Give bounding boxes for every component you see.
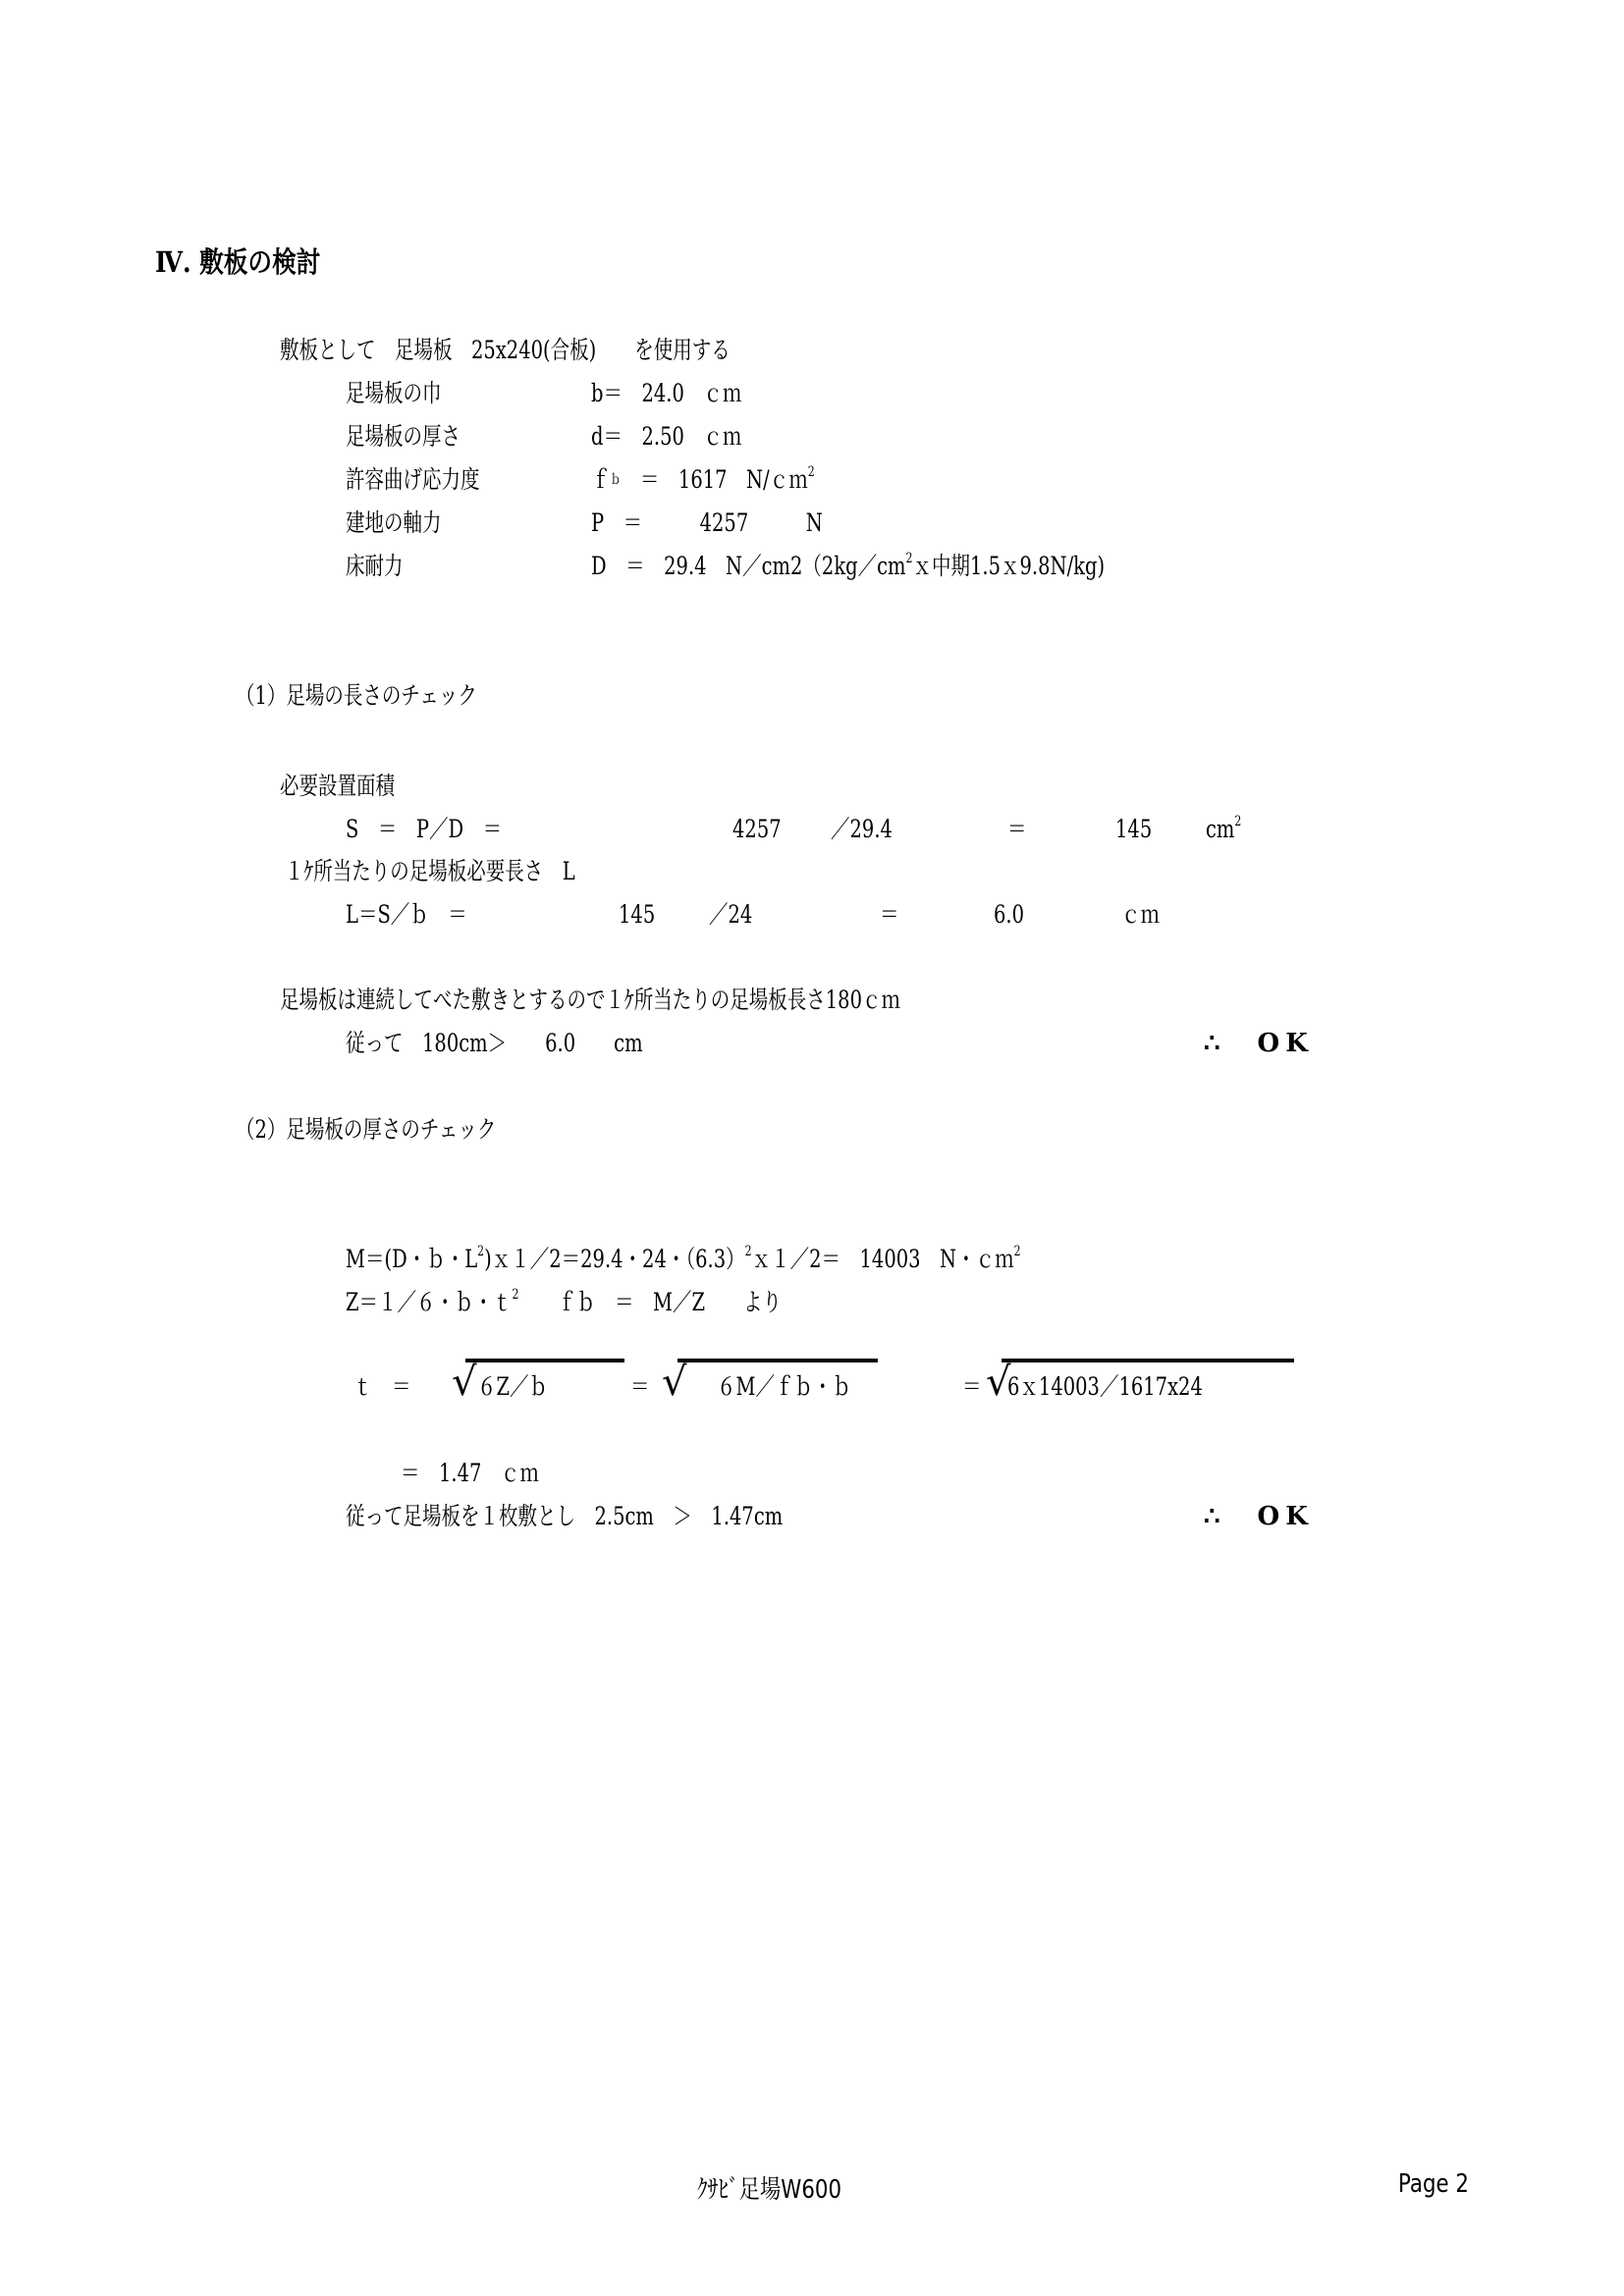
sqrt-icon: √ [662, 1362, 687, 1402]
param-label-allowable-stress: 許容曲げ応力度 [346, 465, 480, 495]
l-formula-lhs: L＝S／ｂ ＝ [346, 900, 467, 930]
sqrt-bar [677, 1359, 878, 1362]
check2-heading: （2）足場板の厚さのチェック [236, 1115, 496, 1145]
l-formula-unit: ｃｍ [1121, 900, 1160, 930]
param-label-floor-capacity: 床耐力 [346, 552, 404, 581]
check1-conclusion: 従って 180cm＞ 6.0 cm [346, 1029, 643, 1058]
sqrt-icon: √ [452, 1362, 477, 1402]
footer-doc-name: ｸｻﾋﾞ足場W600 [697, 2169, 841, 2206]
s-formula-result: 145 [1115, 815, 1152, 844]
param-label-thickness: 足場板の厚さ [346, 422, 460, 452]
check2-conclusion: 従って足場板を１枚敷とし 2.5cm ＞ 1.47cm [346, 1502, 783, 1531]
s-formula-unit: cm2 [1206, 815, 1241, 844]
check1-note: 足場板は連続してべた敷きとするので１ｹ所当たりの足場板長さ180ｃｍ [280, 986, 900, 1015]
t-eq3: ＝ [962, 1372, 982, 1402]
s-formula-lhs: S ＝ P／D ＝ [346, 815, 502, 844]
check1-heading: （1）足場の長さのチェック [236, 681, 477, 711]
param-value-axial-force: P ＝ 4257 N [591, 508, 823, 538]
section-title: Ⅳ. 敷板の検討 [155, 247, 320, 277]
s-formula-den: ／29.4 [831, 815, 893, 844]
t-eq2: ＝ [630, 1372, 650, 1402]
l-label: １ｹ所当たりの足場板必要長さ L [285, 857, 575, 886]
sqrt-bar [1001, 1359, 1294, 1362]
check1-subheading: 必要設置面積 [280, 772, 395, 801]
s-formula-eq: ＝ [1007, 815, 1027, 844]
check2-ok: ∴ OK [1204, 1502, 1314, 1531]
t-root1: ６Z／ｂ [477, 1372, 548, 1402]
t-label: ｔ ＝ [353, 1372, 411, 1402]
t-result: ＝ 1.47 ｃｍ [401, 1459, 539, 1488]
t-root3: 6ｘ14003／1617x24 [1007, 1372, 1203, 1402]
param-value-allowable-stress: ｆｂ ＝ 1617 N/ｃｍ2 [591, 465, 815, 495]
l-formula-result: 6.0 [994, 900, 1024, 930]
intro-text: 敷板として 足場板 25x240(合板) を使用する [280, 336, 731, 365]
l-formula-den: ／24 [709, 900, 752, 930]
param-label-width: 足場板の巾 [346, 379, 442, 408]
section-modulus-formula: Z＝１／６・ｂ・ｔ2 ｆｂ ＝ M／Z より [346, 1288, 782, 1317]
check1-ok: ∴ OK [1204, 1029, 1314, 1058]
s-formula-num: 4257 [732, 815, 782, 844]
param-value-thickness: d＝ 2.50 ｃｍ [591, 422, 741, 452]
l-formula-num: 145 [619, 900, 655, 930]
param-label-axial-force: 建地の軸力 [346, 508, 442, 538]
param-value-floor-capacity: D ＝ 29.4 N／cm2（2kg／cm2ｘ中期1.5ｘ9.8N/kg) [591, 552, 1105, 581]
l-formula-eq: ＝ [880, 900, 899, 930]
footer-page-number: Page 2 [1398, 2169, 1469, 2199]
t-root2: ６M／ｆｂ・ｂ [717, 1372, 851, 1402]
param-value-width: b＝ 24.0 ｃｍ [591, 379, 741, 408]
sqrt-bar [465, 1359, 624, 1362]
moment-formula: M＝(D・ｂ・L2)ｘ１／2＝29.4・24・（6.3）2ｘ１／2＝ 14003… [346, 1245, 1021, 1274]
